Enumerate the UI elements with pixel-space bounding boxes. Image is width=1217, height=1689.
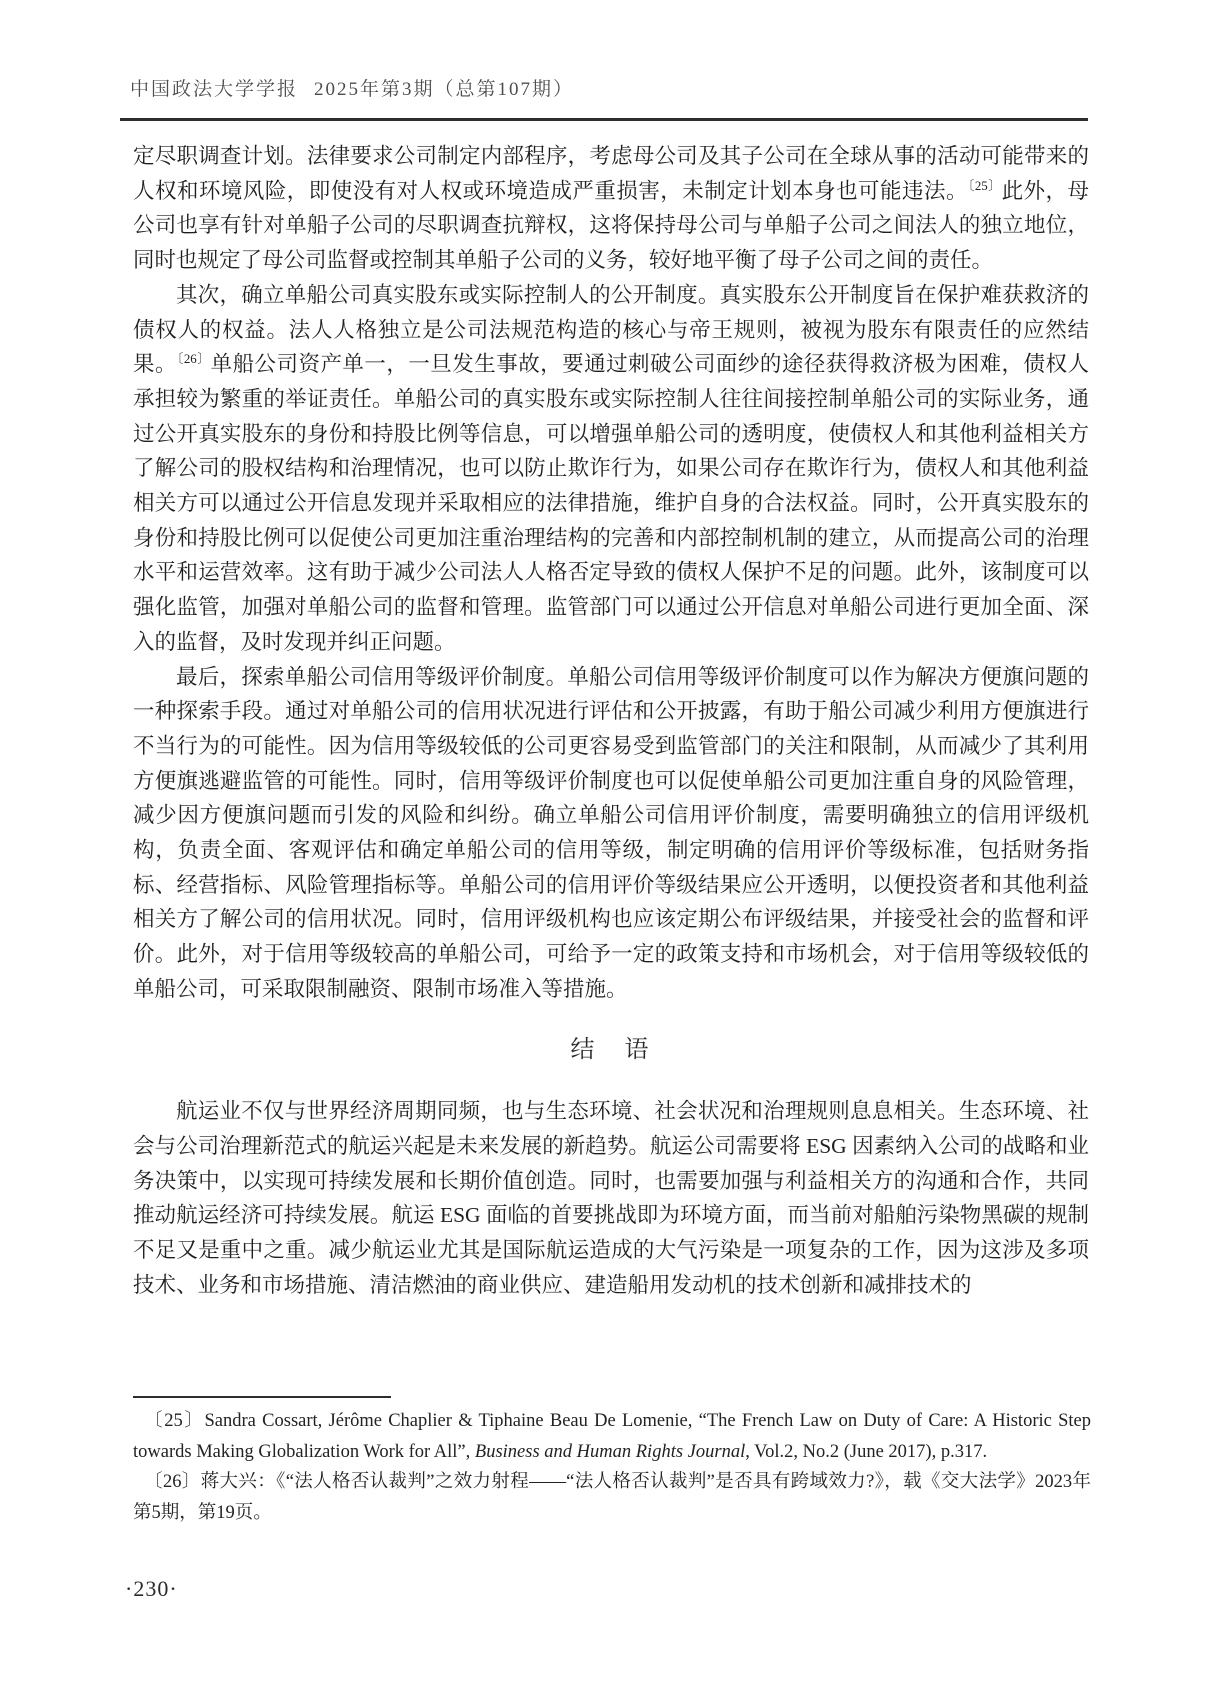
section-heading-conclusion: 结 语	[133, 1033, 1089, 1068]
footnote-text: 蒋大兴：《“法人格否认裁判”之效力射程——“法人格否认裁判”是否具有跨域效力?》…	[133, 1472, 1091, 1523]
footnote-journal-name: Business and Human Rights Journal	[475, 1442, 745, 1462]
footnote-26: 〔26〕蒋大兴：《“法人格否认裁判”之效力射程——“法人格否认裁判”是否具有跨域…	[133, 1467, 1091, 1528]
journal-issue: 2025年第3期（总第107期）	[314, 79, 574, 100]
footnote-text: , Vol.2, No.2 (June 2017), p.317.	[745, 1442, 987, 1462]
paragraph-text: 单船公司资产单一，一旦发生事故，要通过刺破公司面纱的途径获得救济极为困难，债权人…	[133, 352, 1089, 654]
paragraph-text: 定尽职调查计划。法律要求公司制定内部程序，考虑母公司及其子公司在全球从事的活动可…	[133, 144, 1089, 203]
journal-title: 中国政法大学学报	[130, 79, 298, 100]
footnotes-section: 〔25〕Sandra Cossart, Jérôme Chaplier & Ti…	[133, 1406, 1091, 1528]
footnote-ref-25: 〔25〕	[968, 179, 1002, 193]
article-body: 定尽职调查计划。法律要求公司制定内部程序，考虑母公司及其子公司在全球从事的活动可…	[133, 139, 1089, 1303]
footnote-label: 〔26〕	[144, 1472, 201, 1492]
paragraph-shareholder-disclosure: 其次，确立单船公司真实股东或实际控制人的公开制度。真实股东公开制度旨在保护难获救…	[133, 278, 1089, 660]
journal-page: 中国政法大学学报2025年第3期（总第107期） 定尽职调查计划。法律要求公司制…	[0, 0, 1217, 1689]
paragraph-duty-of-care: 定尽职调查计划。法律要求公司制定内部程序，考虑母公司及其子公司在全球从事的活动可…	[133, 139, 1089, 278]
page-number: ·230·	[125, 1576, 178, 1602]
paragraph-text: 最后，探索单船公司信用等级评价制度。单船公司信用等级评价制度可以作为解决方便旗问…	[133, 665, 1089, 1001]
paragraph-text: 航运业不仅与世界经济周期同频，也与生态环境、社会状况和治理规则息息相关。生态环境…	[133, 1099, 1089, 1297]
footnote-divider-line	[133, 1396, 391, 1398]
footnote-label: 〔25〕	[144, 1411, 204, 1431]
footnote-25: 〔25〕Sandra Cossart, Jérôme Chaplier & Ti…	[133, 1406, 1091, 1467]
paragraph-conclusion: 航运业不仅与世界经济周期同频，也与生态环境、社会状况和治理规则息息相关。生态环境…	[133, 1094, 1089, 1302]
paragraph-credit-rating: 最后，探索单船公司信用等级评价制度。单船公司信用等级评价制度可以作为解决方便旗问…	[133, 660, 1089, 1007]
header-divider-line	[120, 118, 1088, 121]
footnote-ref-26: 〔26〕	[177, 352, 211, 366]
running-header: 中国政法大学学报2025年第3期（总第107期）	[130, 74, 1090, 101]
